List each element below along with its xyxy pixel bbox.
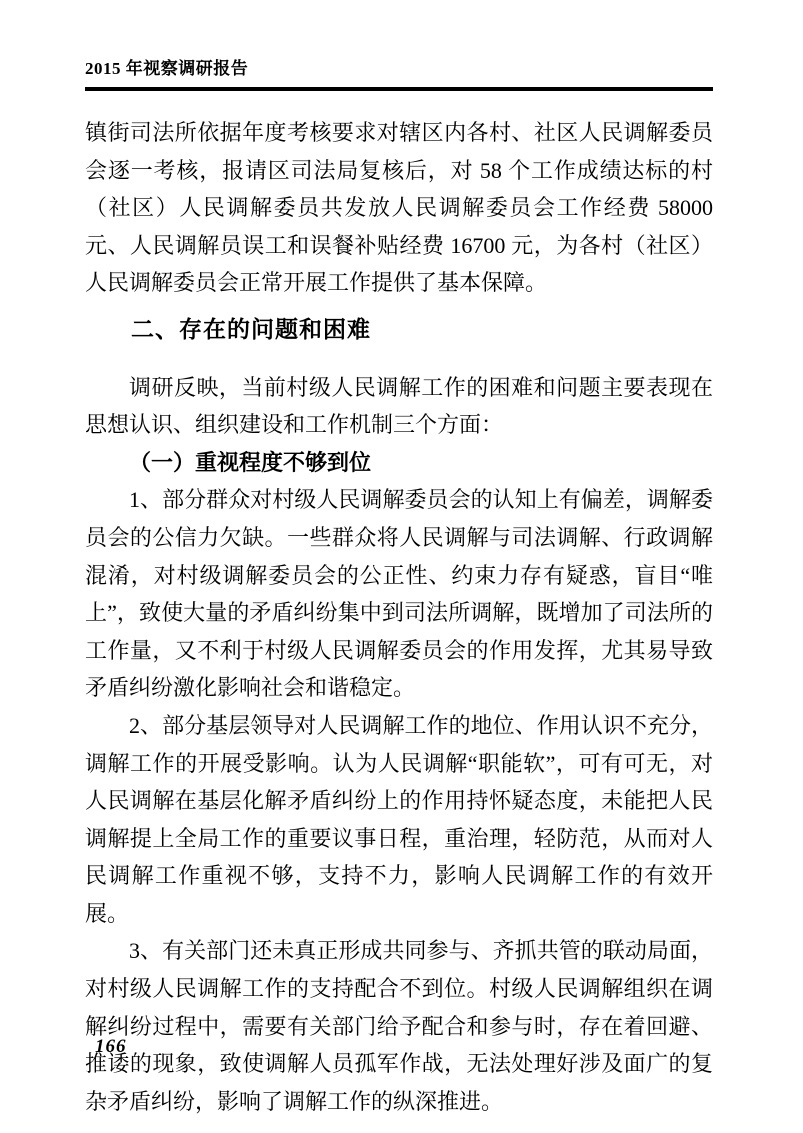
paragraph-point-3: 3、有关部门还未真正形成共同参与、齐抓共管的联动局面，对村级人民调解工作的支持配… bbox=[85, 932, 713, 1120]
document-page: 2015 年视察调研报告 镇街司法所依据年度考核要求对辖区内各村、社区人民调解委… bbox=[0, 0, 803, 1133]
page-footer: 166 bbox=[95, 1036, 127, 1058]
paragraph-point-2: 2、部分基层领导对人民调解工作的地位、作用认识不充分，调解工作的开展受影响。认为… bbox=[85, 707, 713, 933]
page-header: 2015 年视察调研报告 bbox=[85, 54, 713, 91]
paragraph-funding: 镇街司法所依据年度考核要求对辖区内各村、社区人民调解委员会逐一考核，报请区司法局… bbox=[85, 114, 713, 302]
section-heading-problems: 二、存在的问题和困难 bbox=[85, 311, 713, 349]
page-number: 166 bbox=[95, 1036, 127, 1057]
paragraph-overview: 调研反映，当前村级人民调解工作的困难和问题主要表现在思想认识、组织建设和工作机制… bbox=[85, 369, 713, 444]
paragraph-point-1: 1、部分群众对村级人民调解委员会的认知上有偏差，调解委员会的公信力欠缺。一些群众… bbox=[85, 481, 713, 707]
page-body: 镇街司法所依据年度考核要求对辖区内各村、社区人民调解委员会逐一考核，报请区司法局… bbox=[85, 114, 713, 1120]
running-header-title: 2015 年视察调研报告 bbox=[85, 59, 248, 78]
subsection-heading-attention: （一）重视程度不够到位 bbox=[85, 444, 713, 482]
